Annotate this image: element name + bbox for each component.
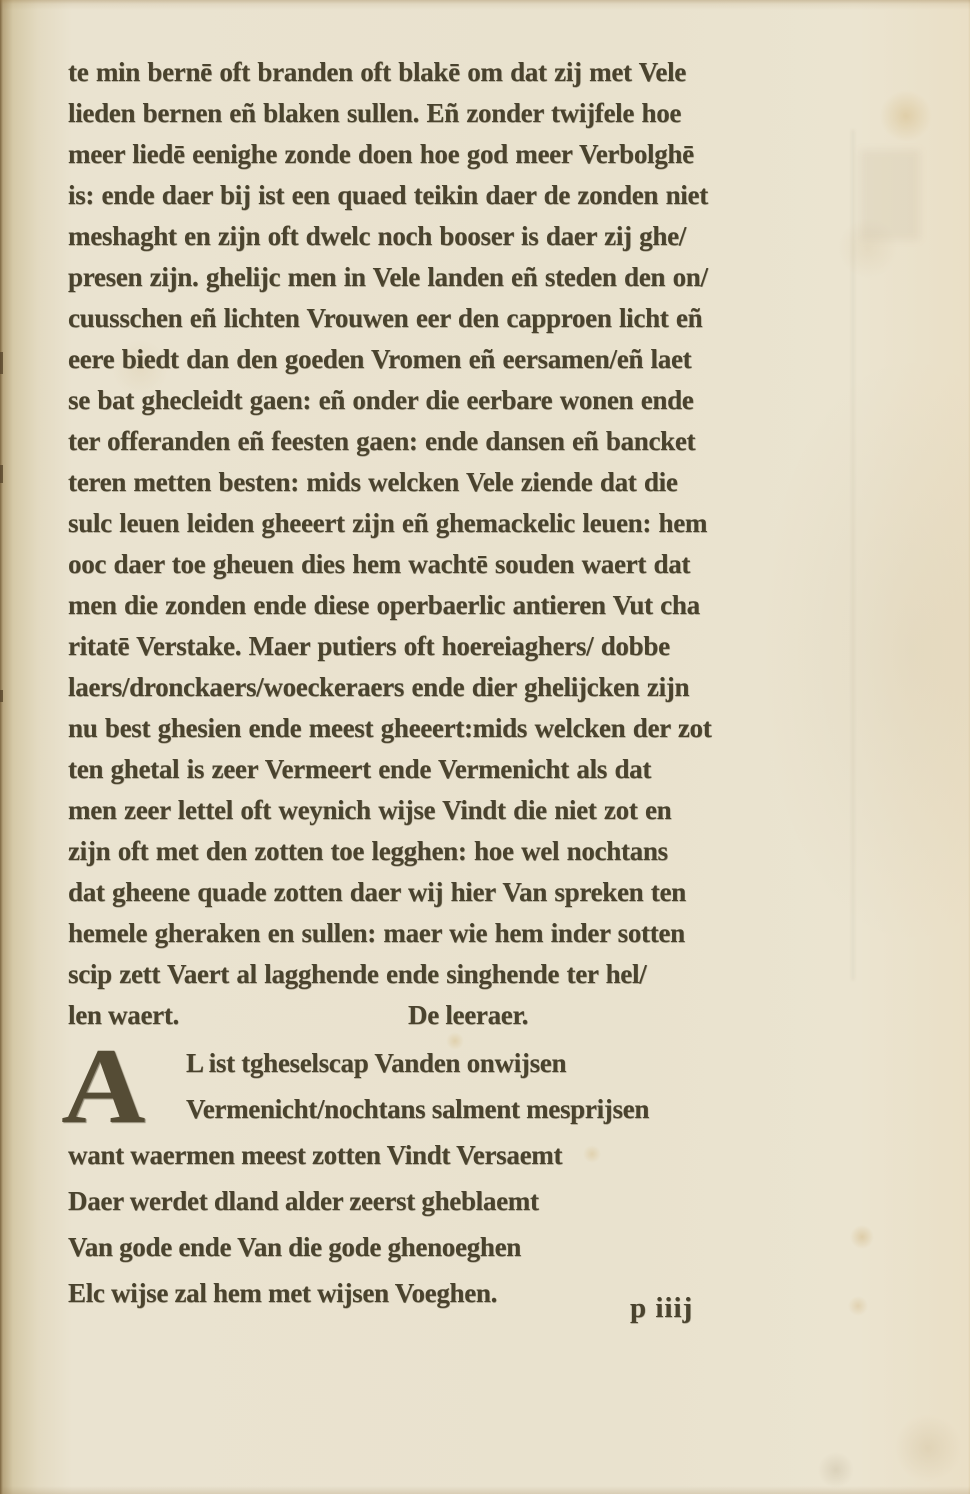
prose-line: hemele gheraken en sullen: maer wie hem …	[68, 913, 825, 954]
prose-line: cuusschen eñ lichten Vrouwen eer den cap…	[68, 298, 825, 339]
book-page-scan: te min bernē oft branden oft blakē om da…	[0, 0, 970, 1494]
prose-line: meshaght en zijn oft dwelc noch booser i…	[68, 216, 825, 257]
scan-edge-mark	[0, 352, 3, 374]
verse-line: Elc wijse zal hem met wijsen Voeghen.	[68, 1270, 825, 1316]
verse-line: Vermenicht/nochtans salment mesprijsen	[68, 1086, 825, 1132]
scan-edge-mark	[0, 690, 3, 702]
verse-line: Van gode ende Van die gode ghenoeghen	[68, 1224, 825, 1270]
prose-line: is: ende daer bij ist een quaed teikin d…	[68, 175, 825, 216]
prose-line: se bat ghecleidt gaen: eñ onder die eerb…	[68, 380, 825, 421]
prose-line: nu best ghesien ende meest gheeert:mids …	[68, 708, 825, 749]
prose-line: teren metten besten: mids welcken Vele z…	[68, 462, 825, 503]
prose-line: eere biedt dan den goeden Vromen eñ eers…	[68, 339, 825, 380]
prose-paragraph: te min bernē oft branden oft blakē om da…	[68, 52, 825, 995]
drop-cap-initial: A	[61, 1046, 148, 1128]
verse-line: want waermen meest zotten Vindt Versaemt	[68, 1132, 825, 1178]
prose-line: ritatē Verstake. Maer putiers oft hoerei…	[68, 626, 825, 667]
prose-line: meer liedē eenighe zonde doen hoe god me…	[68, 134, 825, 175]
prose-line: zijn oft met den zotten toe legghen: hoe…	[68, 831, 825, 872]
prose-line: lieden bernen eñ blaken sullen. Eñ zonde…	[68, 93, 825, 134]
prose-line: ten ghetal is zeer Vermeert ende Vermeni…	[68, 749, 825, 790]
verse-block: A L ist tgheselscap Vanden onwijsen Verm…	[68, 1036, 825, 1316]
closing-line: len waert. De leeraer.	[68, 995, 825, 1036]
prose-line: men die zonden ende diese operbaerlic an…	[68, 585, 825, 626]
prose-line: men zeer lettel oft weynich wijse Vindt …	[68, 790, 825, 831]
text-block: te min bernē oft branden oft blakē om da…	[68, 52, 825, 1316]
verse-line: Daer werdet dland alder zeerst gheblaemt	[68, 1178, 825, 1224]
prose-line: scip zett Vaert al lagghende ende singhe…	[68, 954, 825, 995]
prose-line: sulc leuen leiden gheeert zijn eñ ghemac…	[68, 503, 825, 544]
prose-line: ter offeranden eñ feesten gaen: ende dan…	[68, 421, 825, 462]
signature-mark: p iiij	[630, 1292, 693, 1325]
verse-line: L ist tgheselscap Vanden onwijsen	[68, 1040, 825, 1086]
ink-showthrough-patch	[860, 150, 920, 240]
prose-line: ooc daer toe gheuen dies hem wachtē soud…	[68, 544, 825, 585]
prose-line: te min bernē oft branden oft blakē om da…	[68, 52, 825, 93]
prose-closing-words: len waert.	[68, 1000, 179, 1030]
ink-showthrough-line	[852, 130, 854, 980]
prose-line: dat gheene quade zotten daer wij hier Va…	[68, 872, 825, 913]
section-heading: De leeraer.	[408, 995, 528, 1036]
prose-line: laers/dronckaers/woeckeraers ende dier g…	[68, 667, 825, 708]
prose-line: presen zijn. ghelijc men in Vele landen …	[68, 257, 825, 298]
scan-edge-mark	[0, 465, 3, 483]
